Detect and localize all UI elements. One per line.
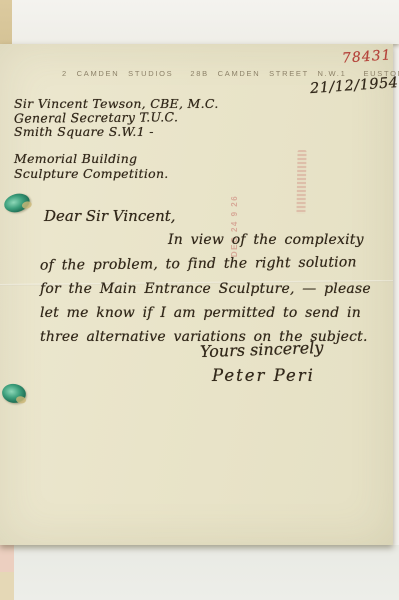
backing-sheet-top [0, 0, 399, 44]
edge-strip-topleft [0, 0, 12, 45]
body-line: In view of the complexity [168, 232, 364, 248]
valediction: Yours sincerely [200, 338, 324, 361]
studio-name: 2 CAMDEN STUDIOS [62, 69, 173, 78]
faint-stamp-mark [296, 150, 306, 214]
edge-strip-pink [0, 545, 14, 572]
letter-date: 21/12/1954 [310, 75, 399, 97]
salutation: Dear Sir Vincent, [44, 207, 176, 225]
signature: Peter Peri [212, 366, 315, 385]
recipient-address: Smith Square S.W.1 - [14, 124, 154, 139]
backing-sheet-bottom [0, 545, 399, 600]
treasury-tag-bottom [1, 382, 28, 405]
body-line: for the Main Entrance Sculpture, — pleas… [40, 281, 371, 297]
subject-line-2: Sculpture Competition. [14, 166, 169, 181]
treasury-tag-top [2, 191, 32, 215]
street-address: 28B CAMDEN STREET N.W.1 [190, 69, 346, 78]
letterhead: 2 CAMDEN STUDIOS 28B CAMDEN STREET N.W.1… [62, 69, 399, 78]
archival-reference-number: 78431 [342, 47, 393, 66]
received-date-stamp: DEC 24 9 26 [230, 191, 244, 261]
letter-paper: 2 CAMDEN STUDIOS 28B CAMDEN STREET N.W.1… [0, 44, 393, 545]
scanned-letter-page: 2 CAMDEN STUDIOS 28B CAMDEN STREET N.W.1… [0, 0, 399, 600]
recipient-name: Sir Vincent Tewson, CBE, M.C. [14, 96, 219, 111]
body-line: of the problem, to find the right soluti… [40, 254, 357, 273]
edge-strip-beige [0, 572, 14, 600]
subject-line-1: Memorial Building [14, 151, 137, 166]
body-line: let me know if I am permitted to send in [40, 305, 361, 321]
